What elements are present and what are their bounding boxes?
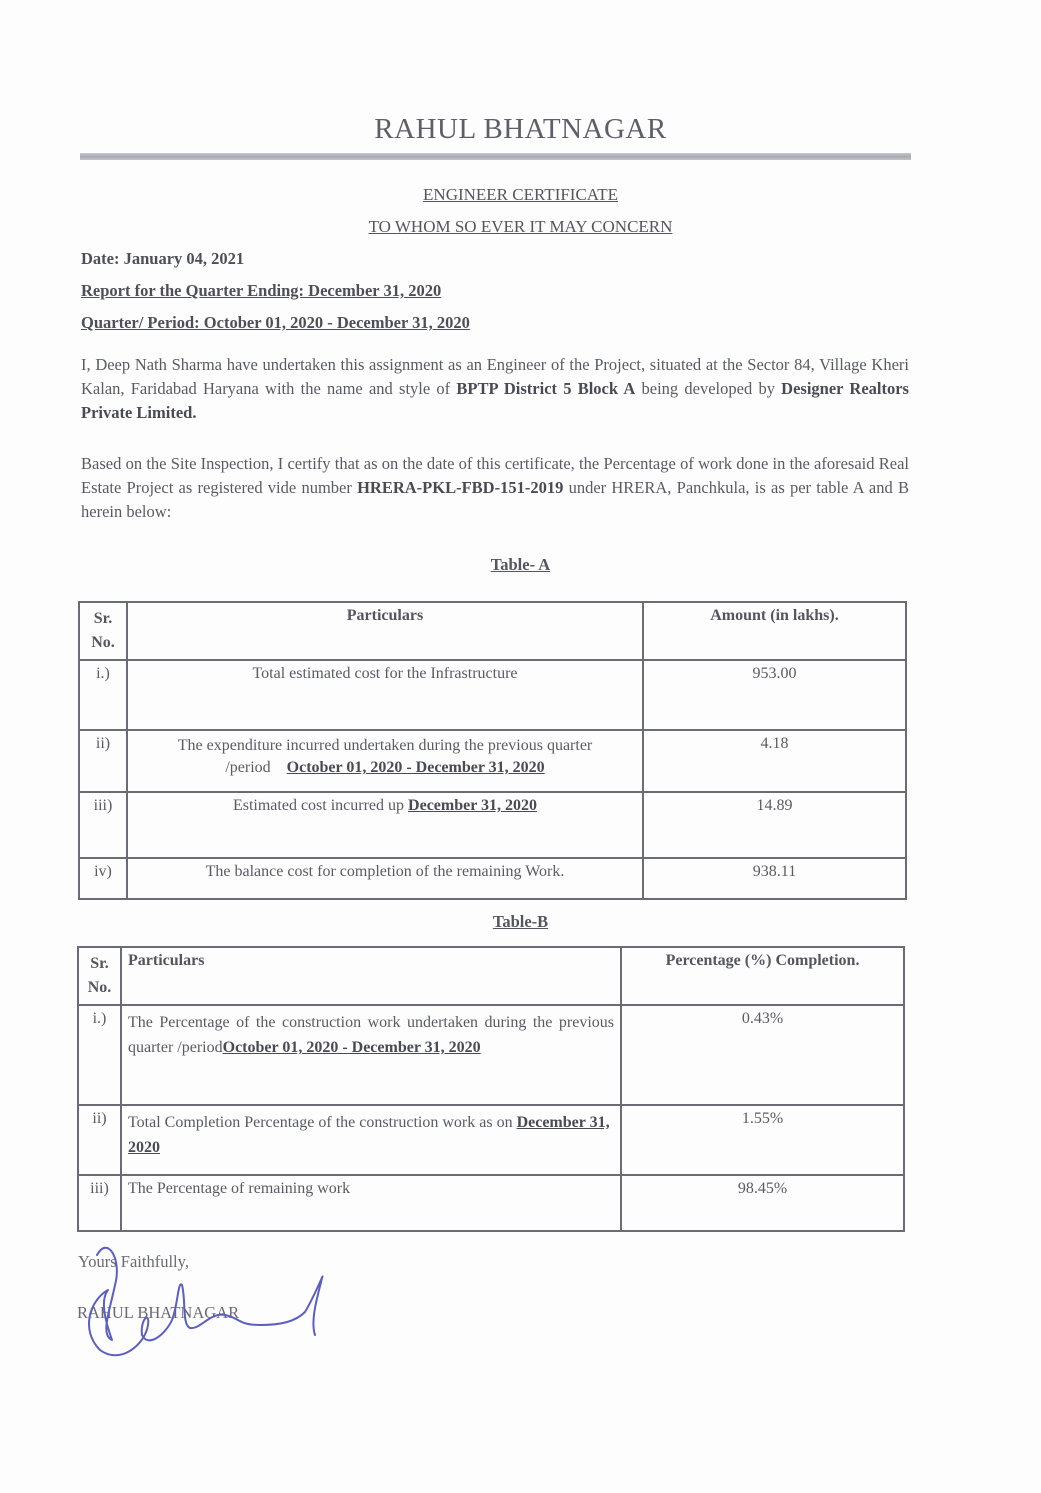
row-amount: 4.18 [643,730,906,792]
table-row: iv) The balance cost for completion of t… [79,858,906,899]
header-particulars: Particulars [127,602,643,660]
letterhead-name: RAHUL BHATNAGAR [0,113,1041,146]
table-row: ii) The expenditure incurred undertaken … [79,730,906,792]
row-sr: iii) [79,792,127,858]
row-percentage: 1.55% [621,1105,904,1175]
signature-icon [60,1240,380,1400]
intro-text: being developed by [635,379,781,398]
row-percentage: 98.45% [621,1175,904,1231]
header-amount: Amount (in lakhs). [643,602,906,660]
row-amount: 953.00 [643,660,906,730]
table-b-header-row: Sr. No. Particulars Percentage (%) Compl… [78,947,904,1005]
row-sr: i.) [78,1005,121,1105]
project-name: BPTP District 5 Block A [456,379,635,398]
table-row: iii) Estimated cost incurred up December… [79,792,906,858]
intro-paragraph: I, Deep Nath Sharma have undertaken this… [81,353,909,425]
table-a: Sr. No. Particulars Amount (in lakhs). i… [78,601,907,900]
table-row: i.) The Percentage of the construction w… [78,1005,904,1105]
table-b: Sr. No. Particulars Percentage (%) Compl… [77,946,905,1232]
table-row: i.) Total estimated cost for the Infrast… [79,660,906,730]
row-text: Estimated cost incurred up [233,797,404,814]
certification-paragraph: Based on the Site Inspection, I certify … [81,452,909,524]
certificate-date: Date: January 04, 2021 [81,249,244,269]
table-b-caption: Table-B [0,912,1041,932]
table-a-header-row: Sr. No. Particulars Amount (in lakhs). [79,602,906,660]
certificate-subtitle: TO WHOM SO EVER IT MAY CONCERN [0,217,1041,237]
report-quarter: Report for the Quarter Ending: December … [81,281,441,301]
header-sr-no: Sr. No. [79,602,127,660]
header-particulars: Particulars [121,947,621,1005]
row-particulars: The expenditure incurred undertaken duri… [127,730,643,792]
row-text: Total Completion Percentage of the const… [128,1114,513,1131]
row-sr: i.) [79,660,127,730]
row-amount: 938.11 [643,858,906,899]
row-sr: iii) [78,1175,121,1231]
row-amount: 14.89 [643,792,906,858]
row-particulars: Total Completion Percentage of the const… [121,1105,621,1175]
letterhead-divider [80,153,911,160]
row-sr: ii) [79,730,127,792]
row-particulars: The Percentage of remaining work [121,1175,621,1231]
row-particulars: The Percentage of the construction work … [121,1005,621,1105]
row-particulars: Total estimated cost for the Infrastruct… [127,660,643,730]
report-period: Quarter/ Period: October 01, 2020 - Dece… [81,313,470,333]
row-particulars: The balance cost for completion of the r… [127,858,643,899]
table-a-caption: Table- A [0,555,1041,575]
header-percentage: Percentage (%) Completion. [621,947,904,1005]
row-particulars: Estimated cost incurred up December 31, … [127,792,643,858]
row-sr: ii) [78,1105,121,1175]
table-row: ii) Total Completion Percentage of the c… [78,1105,904,1175]
table-row: iii) The Percentage of remaining work 98… [78,1175,904,1231]
row-sr: iv) [79,858,127,899]
registration-number: HRERA-PKL-FBD-151-2019 [357,478,563,497]
row-date: December 31, 2020 [408,797,537,814]
header-sr-no: Sr. No. [78,947,121,1005]
row-period: October 01, 2020 - December 31, 2020 [223,1039,481,1056]
row-percentage: 0.43% [621,1005,904,1105]
row-period: October 01, 2020 - December 31, 2020 [287,759,545,776]
certificate-title: ENGINEER CERTIFICATE [0,185,1041,205]
